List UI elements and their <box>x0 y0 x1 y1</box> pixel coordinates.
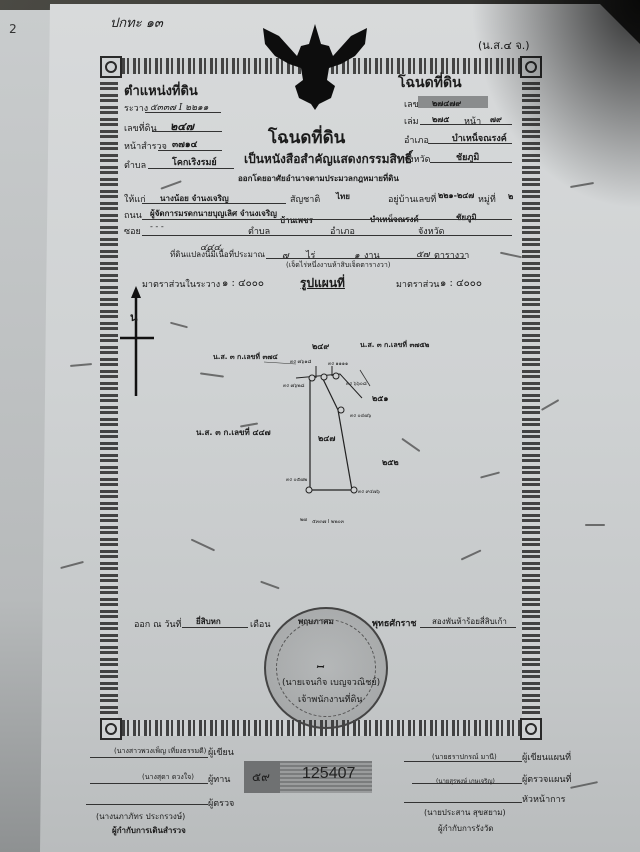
field-label: หน้า <box>464 114 481 128</box>
serial-prefix: ๕๙ <box>252 768 270 787</box>
document-subtitle: เป็นหนังสือสำคัญแสดงกรรมสิทธิ์ <box>244 150 412 169</box>
marker-label: ๓ง ๐๕๗๒ <box>286 476 307 484</box>
tambon-value: บ้านเพชร <box>280 214 313 227</box>
house-no-label: อยู่บ้านเลขที่ <box>388 192 436 206</box>
issued-label: ออก ณ วันที่ <box>134 617 181 631</box>
marker-label: ๓ง ๖๖๐๘ <box>346 380 367 388</box>
soi-label: ซอย <box>124 224 141 238</box>
sq-wa-label: ตารางวา <box>434 248 469 262</box>
map-ref-text: ๕๓๓๗ I ๒๒๐๓ <box>312 518 344 526</box>
corner-ornament-icon <box>100 56 122 78</box>
neighbor-label: ๒๔๙ <box>312 340 329 353</box>
field-value: ๓๗๑๔ <box>172 137 197 151</box>
moo-label: หมู่ที่ <box>478 192 496 206</box>
form-code: (น.ส.๔ จ.) <box>478 36 530 54</box>
scale-right-value: ๑ : ๔๐๐๐ <box>440 276 482 291</box>
land-location-heading: ตำแหน่งที่ดิน <box>124 80 198 101</box>
officer-name: (นายเจนกิจ เบญจวณิชย์) <box>282 675 380 689</box>
moo-value: ๒ <box>508 190 513 203</box>
north-arrow-icon <box>118 286 158 398</box>
officer-title: เจ้าพนักงานที่ดิน <box>298 692 362 706</box>
corner-ornament-icon <box>520 718 542 740</box>
signatory-left-name: (นางนภาภัทร ประกรวงษ์) <box>96 810 185 823</box>
field-label: จังหวัด <box>404 152 431 166</box>
map-ref-prefix: ๒๗ <box>300 516 307 524</box>
signer-role: หัวหน้าการ <box>522 792 565 806</box>
decorative-border-right <box>522 58 540 736</box>
parcel-label: ๒๔๗ <box>318 432 335 445</box>
serial-number: 125407 <box>302 765 355 783</box>
province-value: ชัยภูมิ <box>456 211 477 224</box>
signer-name: (นางสุดา ดวงใจ) <box>142 772 194 783</box>
officer-signature: ꟷ <box>316 660 323 673</box>
signatory-right-title: ผู้กำกับการรังวัด <box>438 822 493 835</box>
signer-role: ผู้ทาน <box>208 772 230 786</box>
signer-role: ผู้ตรวจแผนที่ <box>522 772 571 786</box>
area-handwritten: ๔๔๔ <box>200 240 220 254</box>
north-label: น <box>130 308 138 326</box>
field-value: ๒๔๗ <box>170 117 194 135</box>
signer-name: (นายสุรพงษ์ เกษเจริญ) <box>436 776 495 786</box>
marker-label: ๓ง ๐๔๗๖ <box>350 412 371 420</box>
nationality-value: ไทย <box>336 190 350 203</box>
scale-left-value: ๑ : ๔๐๐๐ <box>222 276 264 291</box>
road-label: ถนน <box>124 208 142 222</box>
garuda-emblem-icon <box>255 22 375 112</box>
marker-label: ๓ง ๑๑๑๑ <box>328 360 348 368</box>
field-label: อำเภอ <box>404 133 429 147</box>
marker-label: ๓ง ๗๖๒๘ <box>283 382 305 390</box>
nationality-label: สัญชาติ <box>290 192 320 206</box>
deed-number: ๒๗๔๗๙ <box>432 97 461 110</box>
signer-role: ผู้เขียน <box>208 745 234 759</box>
field-label: เลขที่ดิน <box>124 121 157 135</box>
signer-name: (นางสาวพวงเพ็ญ เที่ยงธรรมดี) <box>114 746 206 757</box>
month-label: เดือน <box>250 617 270 631</box>
map-heading: รูปแผนที่ <box>300 274 345 293</box>
house-no-value: ๒๒๑-๒๔๗ <box>438 189 474 202</box>
signer-role: ผู้ตรวจ <box>208 796 234 810</box>
handwritten-note: ปกทะ ๑๓ <box>110 12 163 33</box>
field-label: เล่ม <box>404 114 419 128</box>
neighbor-label: น.ส. ๓ ก.เลขที่ ๔๔๗ <box>196 426 271 439</box>
left-page-mark: 2 <box>9 22 17 36</box>
official-seal-stamp <box>264 607 388 729</box>
signatory-right-name: (นายประสาน สุขสยาม) <box>424 806 506 819</box>
year-label: พุทธศักราช <box>372 616 417 630</box>
issued-under: ออกโดยอาศัยอำนาจตามประมวลกฎหมายที่ดิน <box>238 172 399 185</box>
area-note: (เจ็ดไร่หนึ่งงานห้าสิบเจ็ดตารางวา) <box>286 260 390 271</box>
scale-right-label: มาตราส่วน <box>396 277 439 291</box>
signatory-left-title: ผู้กำกับการเดินสำรวจ <box>112 824 186 837</box>
decorative-border-left <box>100 58 118 736</box>
neighbor-label: ๒๕๒ <box>382 456 399 469</box>
signer-role: ผู้เขียนแผนที่ <box>522 750 571 764</box>
neighbor-label: น.ส. ๓ ก.เลขที่ ๓๗๕๒ <box>360 340 429 351</box>
field-label: ตำบล <box>124 158 146 172</box>
title-deed-heading: โฉนดที่ดิน <box>398 72 462 94</box>
document-title: โฉนดที่ดิน <box>268 124 345 151</box>
field-value: โคกเริงรมย์ <box>172 155 217 169</box>
neighbor-label: ๒๕๑ <box>372 392 388 405</box>
marker-label: ๓ง ๗๖๑๘ <box>290 358 311 366</box>
marker-label: ๓ง ๙๔๗๖ <box>358 488 380 496</box>
corner-ornament-icon <box>520 56 542 78</box>
soi-value: - - - <box>150 222 164 231</box>
neighbor-label: น.ส. ๓ ก.เลขที่ ๓๗๔ <box>213 352 278 363</box>
corner-ornament-icon <box>100 718 122 740</box>
